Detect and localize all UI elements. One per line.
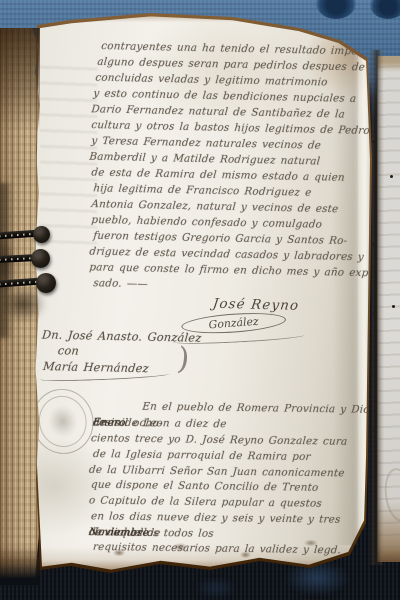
wormhole: [371, 243, 374, 246]
line-text: con aquellos todos los: [89, 527, 215, 539]
paper-surface: contrayentes una ha tenido el resultado …: [32, 11, 380, 574]
record-line: fueron testigos Gregorio Garcia y Santos…: [93, 231, 348, 247]
cloth-blue-sheen: [194, 577, 238, 599]
record-line: de esta de Ramira del mismo estado a qui…: [91, 168, 345, 184]
wormhole: [373, 428, 376, 431]
record-line: pueblo, habiendo confesado y comulgado: [91, 215, 323, 230]
line-text: cientos trece yo D. José Reyno Gonzalez …: [91, 433, 348, 447]
record-line: hija legitima de Francisco Rodriguez e: [93, 183, 312, 198]
strap-bead-weight: [31, 249, 50, 268]
record-line: concluidas veladas y legitimo matrimonio: [95, 73, 328, 88]
wormhole: [373, 312, 376, 315]
line-text: que dispone el Santo Concilio de Trento: [91, 480, 319, 494]
margin-closing-bracket: ): [176, 344, 192, 376]
record-line: y Teresa Fernandez naturales vecinos de: [91, 136, 322, 151]
record-line: Dario Fernandez natural de Santibañez de…: [91, 104, 345, 120]
manuscript-page: contrayentes una ha tenido el resultado …: [30, 8, 382, 578]
wormhole: [370, 372, 373, 375]
line-text: de mil ocho-: [92, 417, 163, 428]
strap-bead-weight: [36, 273, 56, 293]
line-text: o Capitulo de la Silera papular a questo…: [89, 496, 323, 510]
record-line: contrayentes una ha tenido el resultado …: [101, 41, 400, 58]
record-line: sado. ——: [93, 278, 149, 290]
strap-stitching: [0, 257, 34, 261]
record-line: cultura y otros la bastos hijos legitimo…: [91, 120, 370, 136]
line-text: En el pueblo de Romera Provincia y Dio-: [142, 402, 374, 416]
strap-stitching: [0, 232, 36, 237]
signature: José Reyno: [212, 296, 300, 314]
wormhole: [374, 188, 377, 191]
line-text: de la Iglesia parroquial de Ramira por: [92, 449, 311, 462]
strap-stitching: [0, 280, 40, 285]
record-line: driguez de esta vecindad casados y labra…: [89, 247, 364, 263]
wormhole: [372, 140, 375, 143]
record-line: y esto continuo de las bendiciones nupci…: [93, 88, 357, 104]
record-line: Bamberdil y a Matilde Rodriguez natural: [89, 152, 321, 167]
margin-note-groom: Dn. José Anasto. González: [41, 330, 201, 345]
record-line: Antonia Gonzalez, natural y vecinos de e…: [91, 199, 339, 215]
fore-edge-dark-top: [0, 28, 40, 143]
wormhole: [392, 305, 395, 308]
fore-edge-dark-bottom: [0, 545, 40, 585]
wormhole: [390, 175, 393, 178]
photo-of-open-manuscript-book: contrayentes una ha tenido el resultado …: [0, 0, 400, 600]
line-text: de la Ulibarri Señor San Juan canonicame…: [89, 465, 345, 479]
strap-bead-weight: [33, 226, 50, 243]
margin-note-con: con: [57, 345, 79, 357]
